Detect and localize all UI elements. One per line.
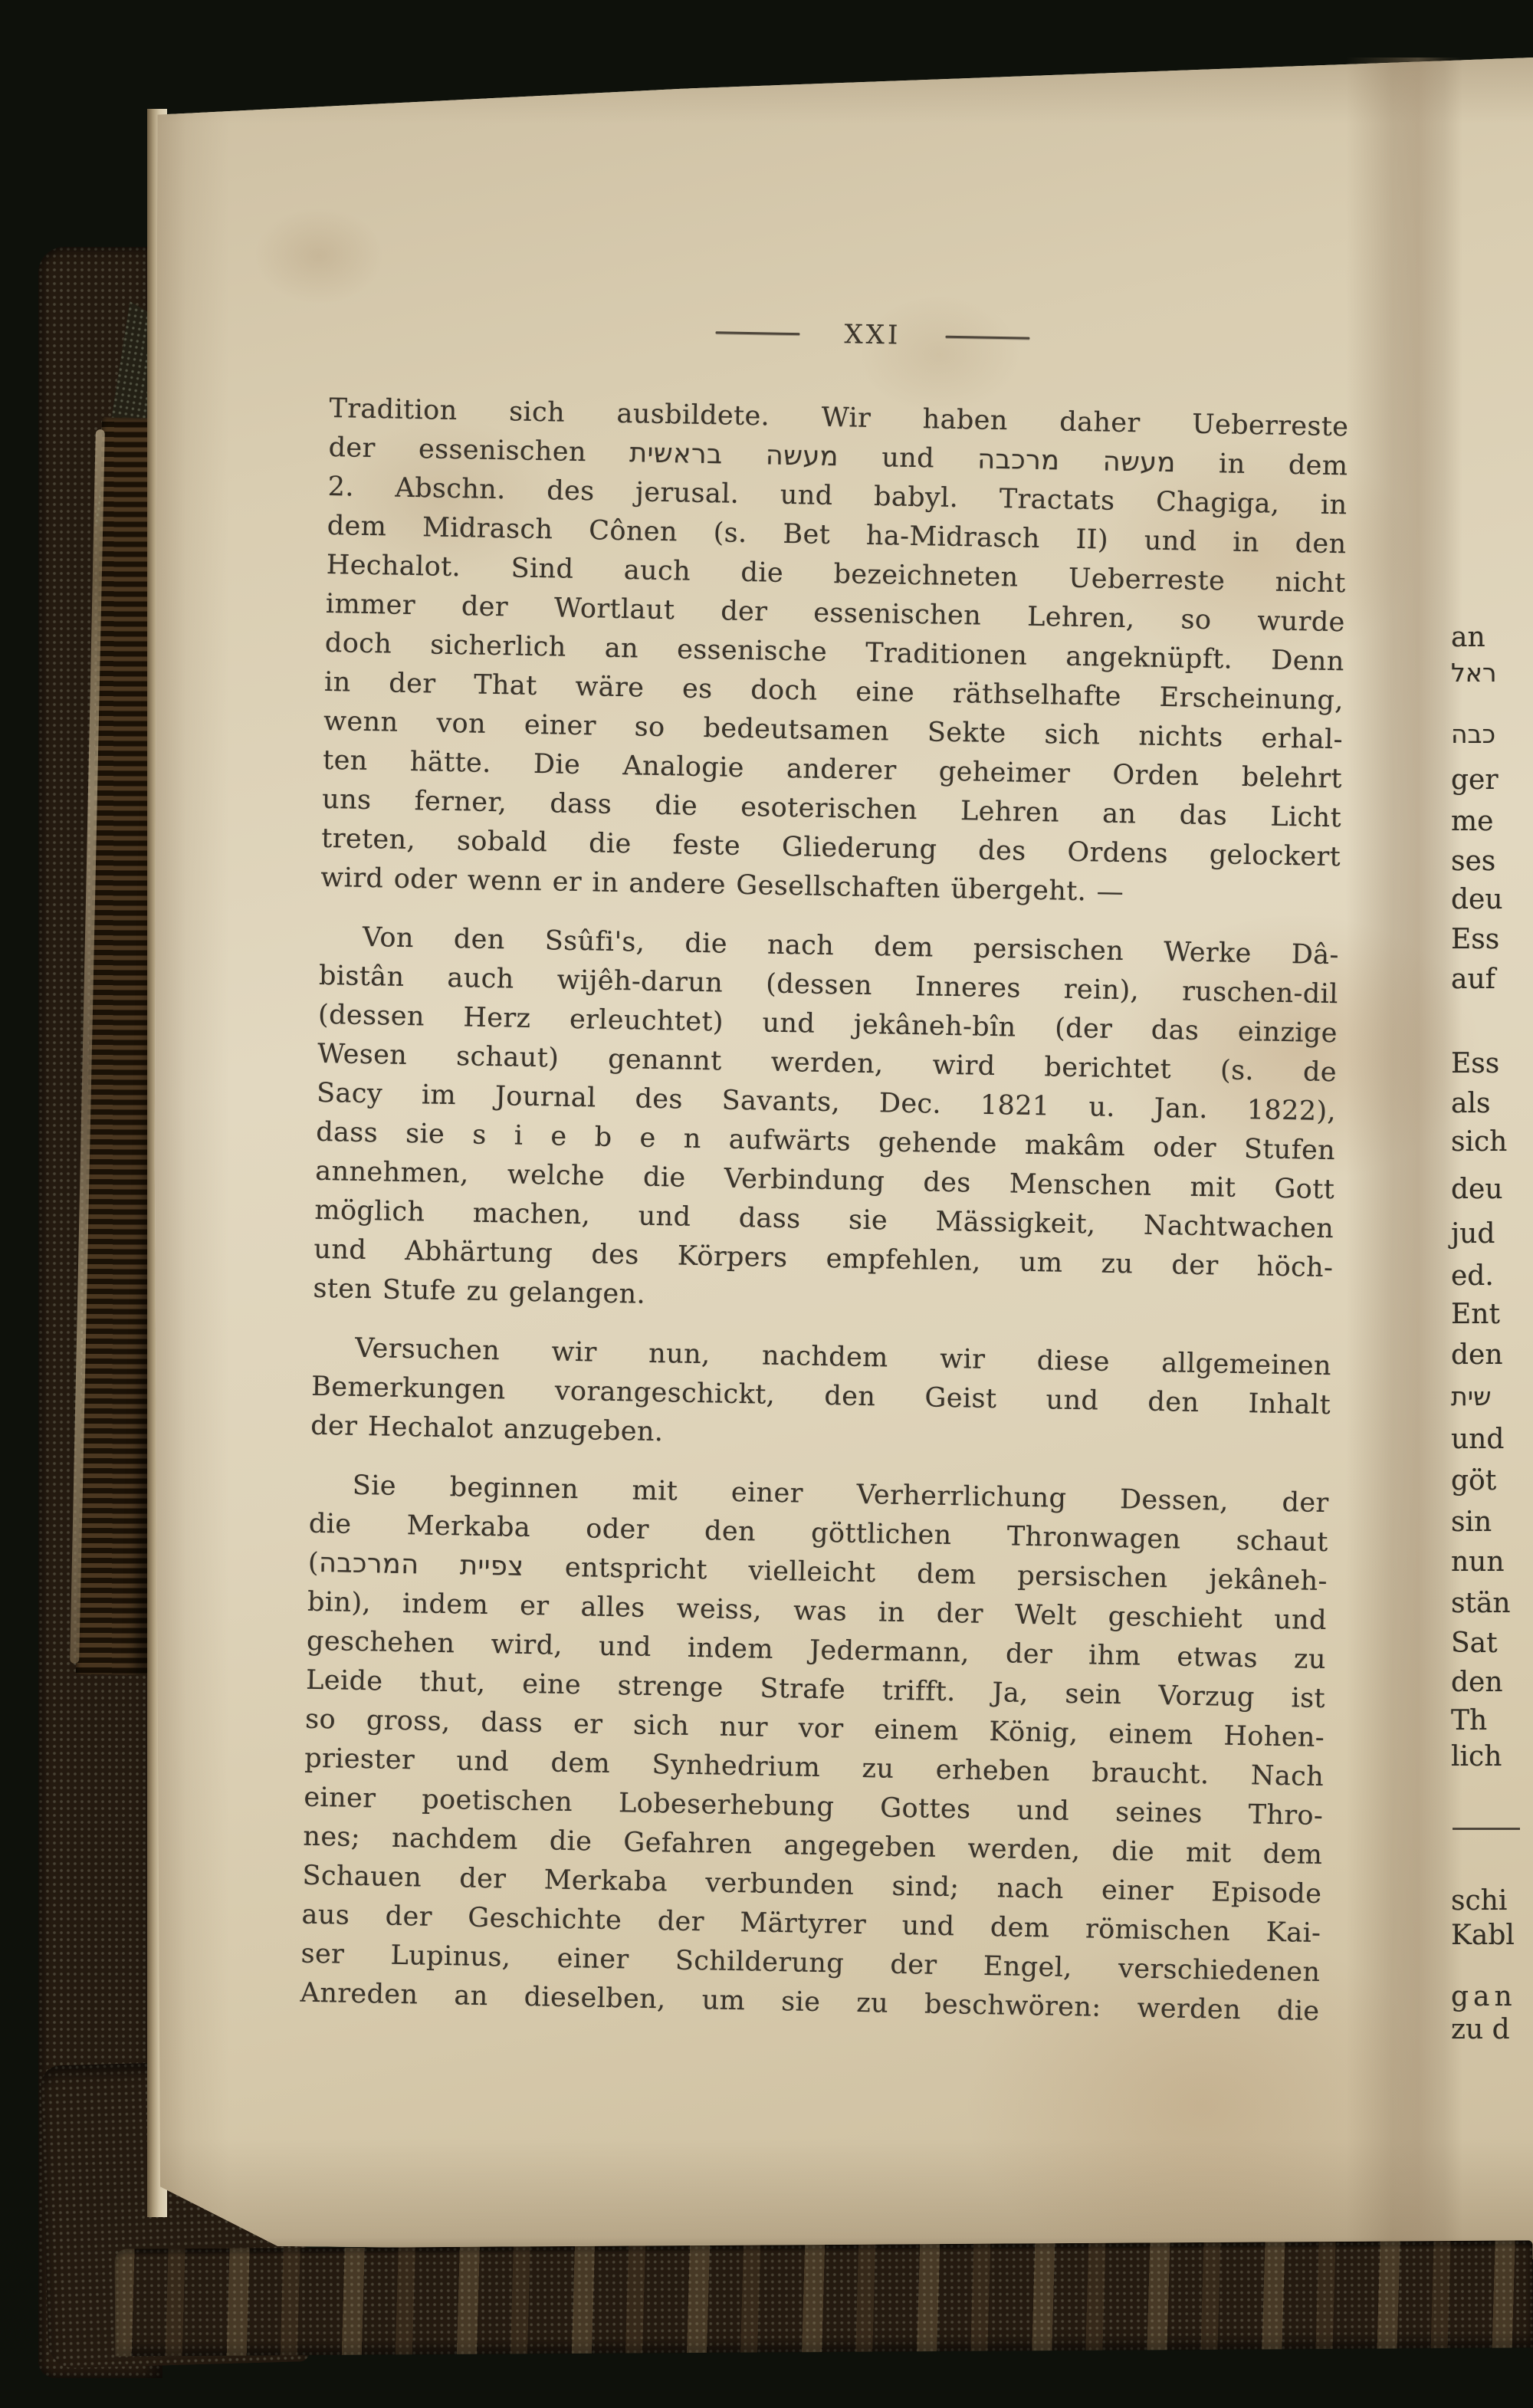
next-page-fragment: schi xyxy=(1451,1886,1507,1917)
next-page-fragment: göt xyxy=(1451,1466,1496,1496)
next-page-fragment: und xyxy=(1451,1424,1504,1455)
next-page-fragment: deu xyxy=(1451,885,1503,915)
next-page-fragment: Kabl xyxy=(1451,1920,1515,1951)
book-cover-bottom-edge xyxy=(115,2240,1533,2356)
next-page-fragment: Sat xyxy=(1451,1628,1498,1659)
next-page-fragment: Th xyxy=(1451,1706,1487,1736)
next-page-fragment: Ess xyxy=(1451,1049,1499,1079)
next-page-sliver: an ראל כבה ger me ses deu Ess auf Ess al… xyxy=(1451,0,1533,2408)
next-page-fragment: auf xyxy=(1451,964,1495,995)
next-page-fragment: lich xyxy=(1451,1742,1502,1772)
paragraph-3: Versuchen wir nun, nachdem wir diese all… xyxy=(310,1329,1332,1464)
paragraph-4: Sie beginnen mit einer Verherrlichung De… xyxy=(300,1466,1329,2032)
page-text-block: XXI Tradition sich ausbildete. Wir haben… xyxy=(300,308,1351,2032)
next-page-fragment: jud xyxy=(1451,1219,1495,1250)
paragraph-2: Von den Ssûfi's, die nach dem persischen… xyxy=(313,918,1339,1327)
next-page-fragment: me xyxy=(1451,806,1493,837)
next-page-fragment: sin xyxy=(1451,1507,1492,1538)
next-page-rule xyxy=(1453,1828,1520,1830)
header-rule-left xyxy=(716,331,800,335)
next-page-fragment: ed. xyxy=(1451,1261,1494,1292)
next-page-fragment: ראל xyxy=(1451,658,1496,688)
next-page-fragment: שית xyxy=(1451,1381,1491,1412)
next-page-fragment: ses xyxy=(1451,846,1495,877)
next-page-fragment: den xyxy=(1451,1340,1503,1371)
next-page-fragment: Ess xyxy=(1451,925,1499,955)
paragraph-1: Tradition sich ausbildete. Wir haben dah… xyxy=(320,389,1349,916)
next-page-fragment: als xyxy=(1451,1089,1490,1119)
header-rule-right xyxy=(945,335,1029,339)
page-number: XXI xyxy=(844,319,901,350)
next-page-fragment: ger xyxy=(1451,765,1499,796)
next-page-fragment: Ent xyxy=(1451,1299,1500,1330)
next-page-fragment: deu xyxy=(1451,1174,1503,1205)
next-page-fragment: den xyxy=(1451,1667,1503,1698)
next-page-fragment: gan xyxy=(1451,1982,1517,2012)
leather-wear-marks xyxy=(115,2240,1533,2356)
next-page-fragment: an xyxy=(1451,623,1485,653)
next-page-fragment: nun xyxy=(1451,1547,1505,1578)
next-page-fragment: sich xyxy=(1451,1127,1507,1158)
book-scan: XXI Tradition sich ausbildete. Wir haben… xyxy=(0,0,1533,2408)
next-page-fragment: zu d xyxy=(1451,2015,1510,2045)
next-page-fragment: כבה xyxy=(1451,719,1495,750)
next-page-fragment: stän xyxy=(1451,1588,1511,1619)
